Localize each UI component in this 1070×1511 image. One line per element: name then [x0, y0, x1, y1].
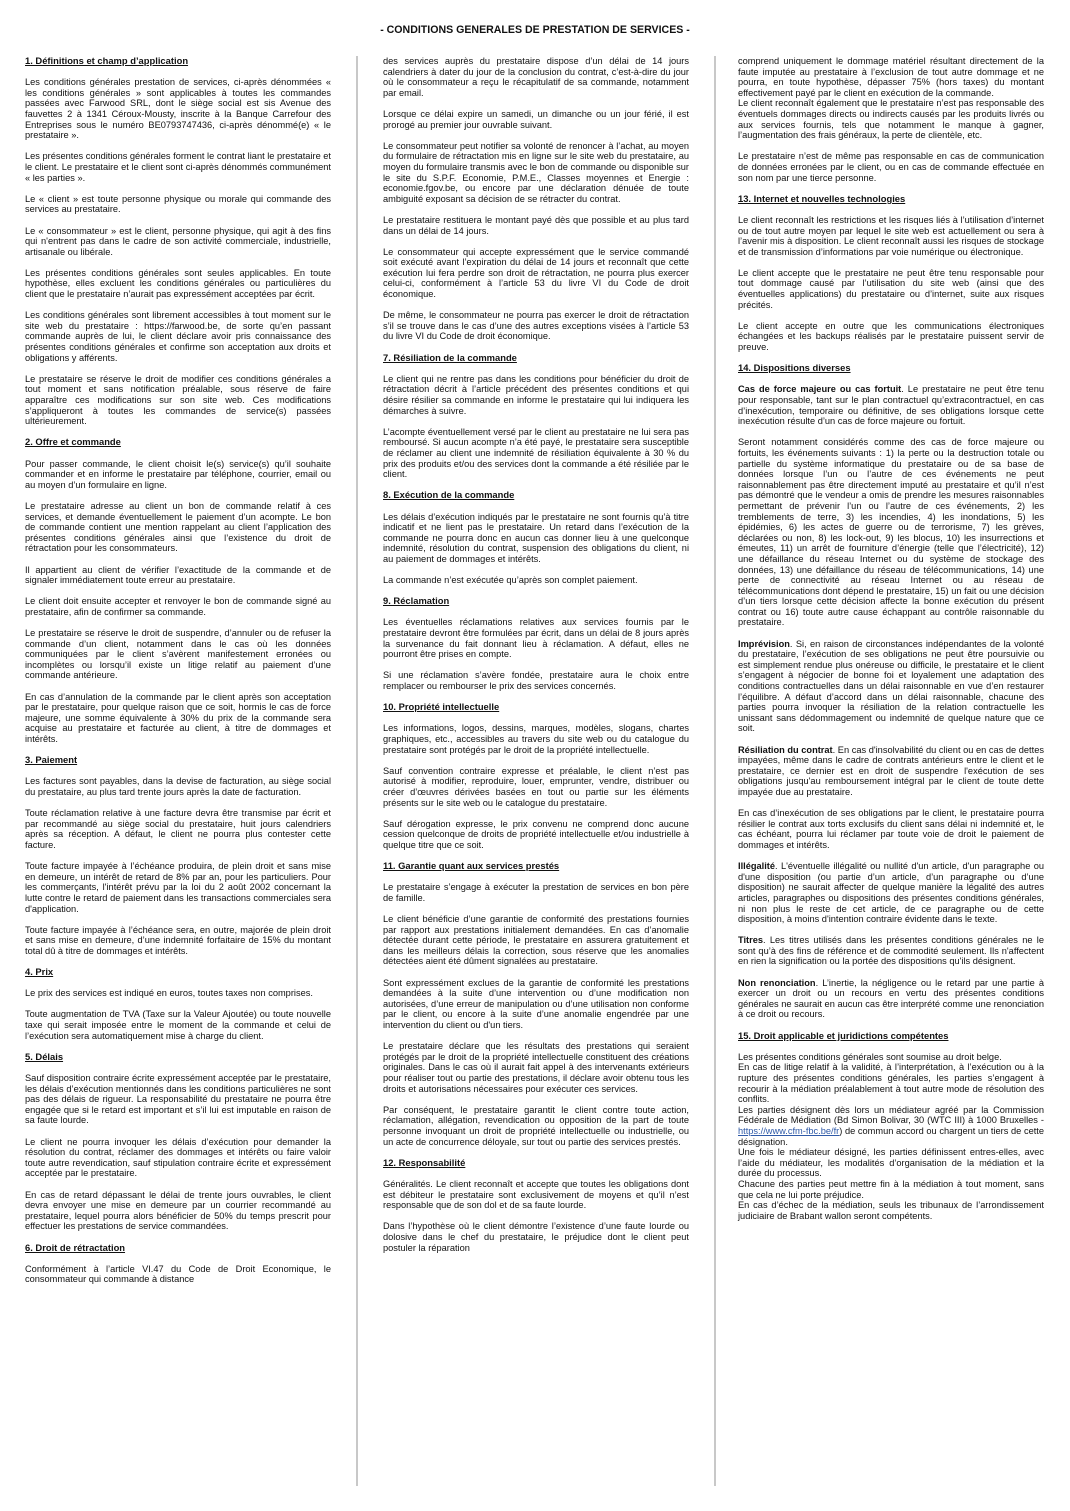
- paragraph-lead: Non renonciation: [738, 978, 816, 988]
- paragraph: Les factures sont payables, dans la devi…: [25, 776, 331, 797]
- paragraph: En cas d’échec de la médiation, seuls le…: [738, 1200, 1044, 1221]
- section-heading-droit-applicable: 15. Droit applicable et juridictions com…: [738, 1031, 1044, 1042]
- paragraph-lead: Cas de force majeure ou cas fortuit: [738, 384, 901, 394]
- section-heading-reclamation: 9. Réclamation: [383, 596, 689, 607]
- paragraph: Sauf disposition contraire écrite expres…: [25, 1073, 331, 1126]
- paragraph: En cas de retard dépassant le délai de t…: [25, 1190, 331, 1232]
- paragraph: Par conséquent, le prestataire garantit …: [383, 1105, 689, 1147]
- paragraph-illegalite: Illégalité. L'éventuelle illégalité ou n…: [738, 861, 1044, 925]
- paragraph: Les conditions générales sont librement …: [25, 310, 331, 363]
- paragraph: L’acompte éventuellement versé par le cl…: [383, 427, 689, 480]
- paragraph: Le client accepte en outre que les commu…: [738, 321, 1044, 353]
- section-heading-propriete: 10. Propriété intellectuelle: [383, 702, 689, 713]
- paragraph: Conformément à l’article VI.47 du Code d…: [25, 1264, 331, 1285]
- paragraph: Toute réclamation relative à une facture…: [25, 808, 331, 850]
- paragraph: Lorsque ce délai expire un samedi, un di…: [383, 109, 689, 130]
- column-divider: [714, 56, 716, 1486]
- section-heading-internet: 13. Internet et nouvelles technologies: [738, 194, 1044, 205]
- paragraph: Il appartient au client de vérifier l’ex…: [25, 565, 331, 586]
- paragraph: Le prestataire se réserve le droit de mo…: [25, 374, 331, 427]
- paragraph-mediation: Les parties désignent dès lors un médiat…: [738, 1105, 1044, 1147]
- paragraph: Toute augmentation de TVA (Taxe sur la V…: [25, 1009, 331, 1041]
- paragraph: Toute facture impayée à l’échéance sera,…: [25, 925, 331, 957]
- paragraph-text: . Les titres utilisés dans les présentes…: [738, 935, 1044, 966]
- paragraph: Sont expressément exclues de la garantie…: [383, 978, 689, 1031]
- column-left: 1. Définitions et champ d’application Le…: [25, 56, 331, 1285]
- paragraph-text: Les parties désignent dès lors un médiat…: [738, 1105, 1044, 1126]
- paragraph: Le prestataire adresse au client un bon …: [25, 501, 331, 554]
- section-heading-delais: 5. Délais: [25, 1052, 331, 1063]
- paragraph: Le consommateur peut notifier sa volonté…: [383, 141, 689, 205]
- paragraph: De même, le consommateur ne pourra pas e…: [383, 310, 689, 342]
- paragraph: comprend uniquement le dommage matériel …: [738, 56, 1044, 98]
- paragraph: Le prestataire se réserve le droit de su…: [25, 628, 331, 681]
- paragraph: Toute facture impayée à l’échéance produ…: [25, 861, 331, 914]
- paragraph: Le client accepte que le prestataire ne …: [738, 268, 1044, 310]
- paragraph: des services auprès du prestataire dispo…: [383, 56, 689, 98]
- paragraph: Les informations, logos, dessins, marque…: [383, 723, 689, 755]
- paragraph: En cas d’annulation de la commande par l…: [25, 692, 331, 745]
- section-heading-execution: 8. Exécution de la commande: [383, 490, 689, 501]
- paragraph-text: . Si, en raison de circonstances indépen…: [738, 639, 1044, 734]
- paragraph: Sauf dérogation expresse, le prix conven…: [383, 819, 689, 851]
- paragraph: Le prestataire n’est de même pas respons…: [738, 151, 1044, 183]
- paragraph-non-renonciation: Non renonciation. L’inertie, la négligen…: [738, 978, 1044, 1020]
- paragraph-lead: Imprévision: [738, 639, 790, 649]
- paragraph-resiliation-contrat: Résiliation du contrat. En cas d'insolva…: [738, 745, 1044, 798]
- paragraph: Dans l’hypothèse où le client démontre l…: [383, 1221, 689, 1253]
- paragraph: Le client bénéficie d’une garantie de co…: [383, 914, 689, 967]
- paragraph: Le client qui ne rentre pas dans les con…: [383, 374, 689, 416]
- section-heading-prix: 4. Prix: [25, 967, 331, 978]
- paragraph: Le consommateur qui accepte expressément…: [383, 247, 689, 300]
- section-heading-retractation: 6. Droit de rétractation: [25, 1243, 331, 1254]
- column-right: comprend uniquement le dommage matériel …: [738, 56, 1044, 1221]
- paragraph: Les présentes conditions générales sont …: [25, 268, 331, 300]
- column-middle: des services auprès du prestataire dispo…: [383, 56, 689, 1253]
- paragraph: Le « consommateur » est le client, perso…: [25, 226, 331, 258]
- paragraph: Le prestataire déclare que les résultats…: [383, 1041, 689, 1094]
- section-heading-paiement: 3. Paiement: [25, 755, 331, 766]
- paragraph-lead: Titres: [738, 935, 763, 945]
- paragraph: En cas de litige relatif à la validité, …: [738, 1062, 1044, 1104]
- paragraph: Les éventuelles réclamations relatives a…: [383, 617, 689, 659]
- paragraph-lead: Résiliation du contrat: [738, 745, 833, 755]
- paragraph: Généralités. Le client reconnaît et acce…: [383, 1179, 689, 1211]
- section-heading-responsabilite: 12. Responsabilité: [383, 1158, 689, 1169]
- paragraph: Seront notamment considérés comme des ca…: [738, 437, 1044, 628]
- paragraph: Si une réclamation s’avère fondée, prest…: [383, 670, 689, 691]
- section-heading-resiliation: 7. Résiliation de la commande: [383, 353, 689, 364]
- cfm-link[interactable]: https://www.cfm-fbc.be/fr: [738, 1126, 839, 1136]
- paragraph: Pour passer commande, le client choisit …: [25, 459, 331, 491]
- section-heading-offre: 2. Offre et commande: [25, 437, 331, 448]
- paragraph: Le prestataire s’engage à exécuter la pr…: [383, 882, 689, 903]
- column-divider: [356, 56, 358, 1486]
- paragraph: Les délais d’exécution indiqués par le p…: [383, 512, 689, 565]
- paragraph-force-majeure: Cas de force majeure ou cas fortuit. Le …: [738, 384, 1044, 426]
- paragraph-titres: Titres. Les titres utilisés dans les pré…: [738, 935, 1044, 967]
- paragraph: Les présentes conditions générales sont …: [738, 1052, 1044, 1063]
- paragraph: Le client reconnaît les restrictions et …: [738, 215, 1044, 257]
- paragraph: Le client doit ensuite accepter et renvo…: [25, 596, 331, 617]
- paragraph: Le prix des services est indiqué en euro…: [25, 988, 331, 999]
- paragraph-imprevision: Imprévision. Si, en raison de circonstan…: [738, 639, 1044, 734]
- paragraph: Le client reconnaît également que le pre…: [738, 98, 1044, 140]
- paragraph: Le prestataire restituera le montant pay…: [383, 215, 689, 236]
- paragraph: Le « client » est toute personne physiqu…: [25, 194, 331, 215]
- paragraph: Le client ne pourra invoquer les délais …: [25, 1137, 331, 1179]
- paragraph: Les présentes conditions générales forme…: [25, 151, 331, 183]
- paragraph: Chacune des parties peut mettre fin à la…: [738, 1179, 1044, 1200]
- paragraph: Une fois le médiateur désigné, les parti…: [738, 1147, 1044, 1179]
- document-title: - CONDITIONS GENERALES DE PRESTATION DE …: [0, 24, 1070, 36]
- paragraph: Sauf convention contraire expresse et pr…: [383, 766, 689, 808]
- paragraph-text: . L'éventuelle illégalité ou nullité d'u…: [738, 861, 1044, 924]
- section-heading-dispositions: 14. Dispositions diverses: [738, 363, 1044, 374]
- paragraph: La commande n’est exécutée qu’après son …: [383, 575, 689, 586]
- paragraph-lead: Illégalité: [738, 861, 775, 871]
- section-heading-garantie: 11. Garantie quant aux services prestés: [383, 861, 689, 872]
- section-heading-definitions: 1. Définitions et champ d’application: [25, 56, 331, 67]
- paragraph: En cas d’inexécution de ses obligations …: [738, 808, 1044, 850]
- paragraph: Les conditions générales prestation de s…: [25, 77, 331, 141]
